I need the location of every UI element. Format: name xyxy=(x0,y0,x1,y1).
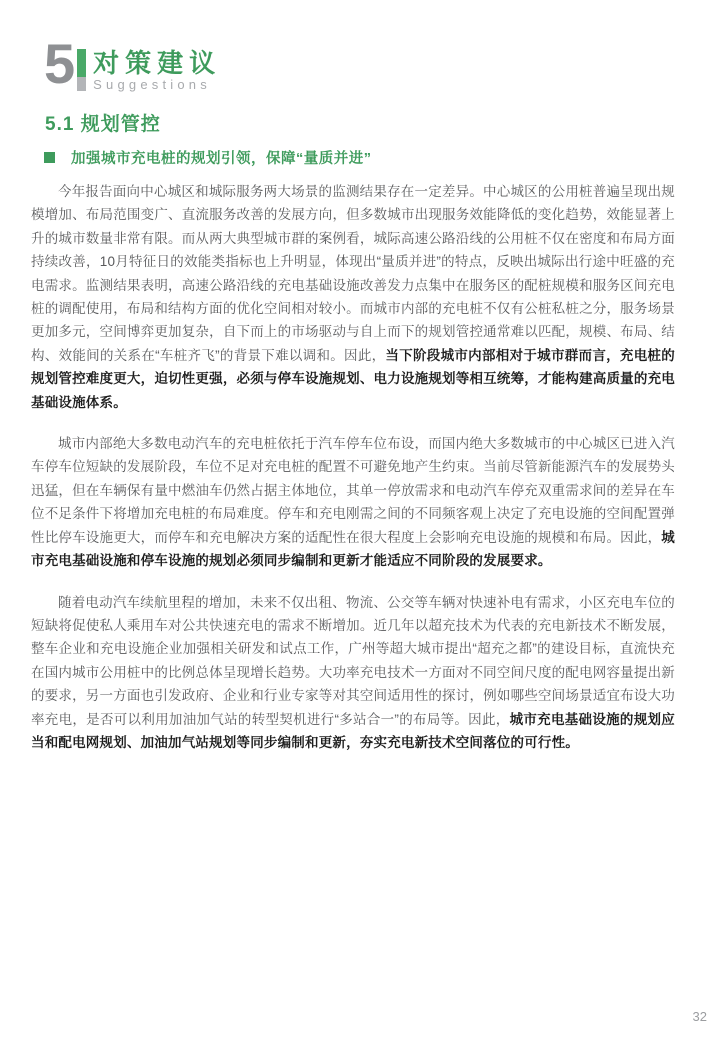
paragraph-1: 今年报告面向中心城区和城际服务两大场景的监测结果存在一定差异。中心城区的公用桩普… xyxy=(31,180,675,414)
chapter-subtitle: Suggestions xyxy=(93,78,221,92)
paragraph-3-text: 随着电动汽车续航里程的增加，未来不仅出租、物流、公交等车辆对快速补电有需求，小区… xyxy=(31,595,675,727)
chapter-title: 对策建议 xyxy=(93,49,221,77)
chapter-divider-bar-icon xyxy=(77,49,86,91)
bullet-square-icon xyxy=(44,152,55,163)
chapter-bar-gray-segment xyxy=(77,77,86,91)
paragraph-1-text: 今年报告面向中心城区和城际服务两大场景的监测结果存在一定差异。中心城区的公用桩普… xyxy=(31,184,675,363)
chapter-bar-green-segment xyxy=(77,49,86,77)
paragraph-3: 随着电动汽车续航里程的增加，未来不仅出租、物流、公交等车辆对快速补电有需求，小区… xyxy=(31,591,675,755)
body-text: 今年报告面向中心城区和城际服务两大场景的监测结果存在一定差异。中心城区的公用桩普… xyxy=(31,180,675,772)
chapter-titles: 对策建议 Suggestions xyxy=(93,49,221,92)
chapter-number: 5 xyxy=(44,40,74,88)
paragraph-2: 城市内部绝大多数电动汽车的充电桩依托于汽车停车位布设，而国内绝大多数城市的中心城… xyxy=(31,432,675,572)
section-title: 5.1 规划管控 xyxy=(45,109,161,136)
bullet-heading: 加强城市充电桩的规划引领，保障“量质并进” xyxy=(44,147,372,168)
chapter-header: 5 对策建议 Suggestions xyxy=(44,40,221,92)
paragraph-2-text: 城市内部绝大多数电动汽车的充电桩依托于汽车停车位布设，而国内绝大多数城市的中心城… xyxy=(31,436,675,545)
bullet-heading-text: 加强城市充电桩的规划引领，保障“量质并进” xyxy=(71,147,372,168)
report-page: 5 对策建议 Suggestions 5.1 规划管控 加强城市充电桩的规划引领… xyxy=(0,0,720,1040)
page-number: 32 xyxy=(693,1009,707,1024)
